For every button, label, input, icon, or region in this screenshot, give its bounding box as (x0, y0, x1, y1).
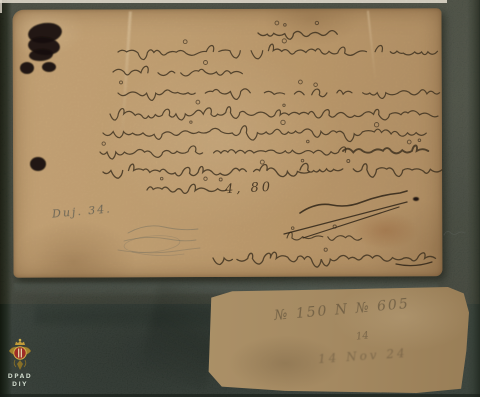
slip-number-line: № 150 N № 605 (274, 296, 411, 324)
watermark-region-label: DIY (4, 381, 36, 388)
slip-date-line: 14 Nov 24 (318, 346, 408, 366)
handwritten-date: 4, 80 (225, 180, 274, 197)
watermark-org-label: DPAD (4, 373, 36, 380)
scan-edge-top (0, 0, 447, 3)
paper-crease (121, 11, 132, 136)
archival-photo: 4, 80 Duj. 34. № 150 N № 605 14 14 Nov 2… (0, 0, 480, 397)
slip-middle-mark: 14 (355, 330, 369, 342)
crest-icon (7, 338, 33, 372)
dpad-diy-watermark: DPAD DIY (4, 338, 36, 388)
pencil-scribble (444, 231, 465, 235)
mount-right-edge (467, 0, 480, 397)
paper-crease (367, 11, 377, 81)
manuscript-paper (13, 8, 443, 277)
catalog-slip: № 150 N № 605 14 14 Nov 24 (206, 287, 469, 393)
scan-edge-corner (0, 0, 2, 13)
